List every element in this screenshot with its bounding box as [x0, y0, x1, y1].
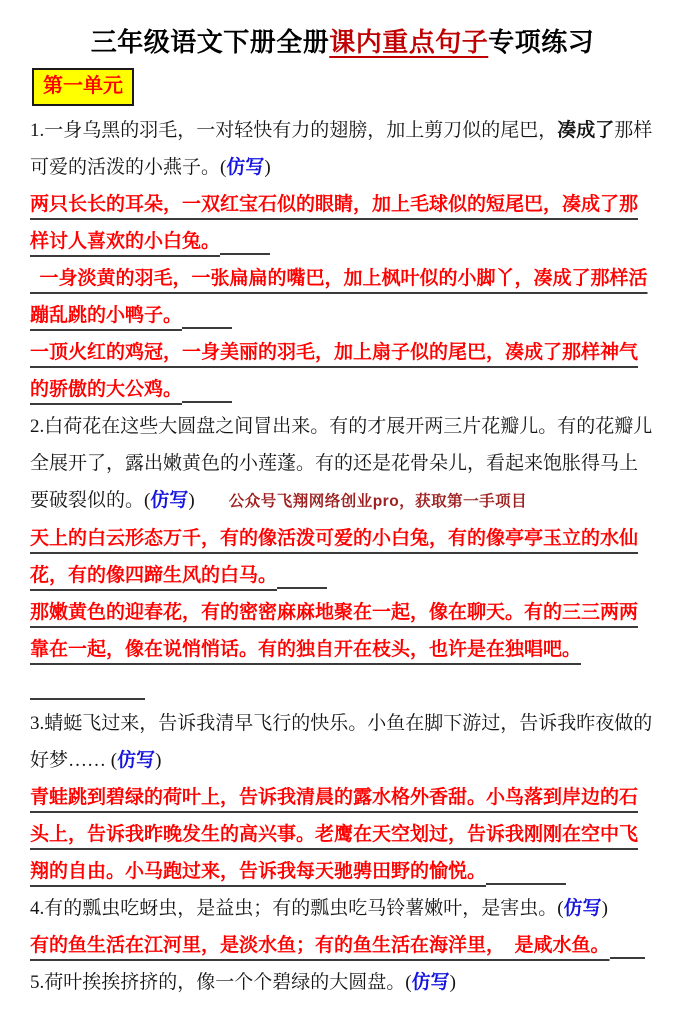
answer-2-1-text: 天上的白云形态万千，有的像活泼可爱的小白兔，有的像亭亭玉立的水仙花，有的像四蹄生… — [30, 528, 638, 586]
answer-underline-tail — [277, 587, 327, 589]
fangxie-label: 仿写 — [117, 750, 155, 771]
answer-2-1: 天上的白云形态万千，有的像活泼可爱的小白兔，有的像亭亭玉立的水仙花，有的像四蹄生… — [30, 520, 655, 594]
page-title: 三年级语文下册全册课内重点句子专项练习 — [30, 26, 655, 60]
answer-4-1: 有的鱼生活在江河里，是淡水鱼；有的鱼生活在海洋里， 是咸水鱼。 — [30, 927, 655, 964]
close-paren: ) — [264, 157, 270, 178]
unit-badge: 第一单元 — [32, 68, 134, 106]
title-highlight: 课内重点句子 — [329, 28, 488, 57]
answer-1-3-text: 一顶火红的鸡冠，一身美丽的羽毛，加上扇子似的尾巴，凑成了那样神气的骄傲的大公鸡。 — [30, 342, 638, 400]
answer-3-1: 青蛙跳到碧绿的荷叶上，告诉我清晨的露水格外香甜。小鸟落到岸边的石头上，告诉我昨晚… — [30, 779, 655, 890]
answer-underline-tail — [610, 957, 645, 959]
question-4-text: 4.有的瓢虫吃蚜虫，是益虫；有的瓢虫吃马铃薯嫩叶，是害虫。 — [30, 898, 557, 919]
question-5-text: 5.荷叶挨挨挤挤的，像一个个碧绿的大圆盘。 — [30, 972, 405, 993]
question-1: 1.一身乌黑的羽毛，一对轻快有力的翅膀，加上剪刀似的尾巴，凑成了那样可爱的活泼的… — [30, 112, 655, 186]
question-5: 5.荷叶挨挨挤挤的，像一个个碧绿的大圆盘。(仿写) — [30, 964, 655, 1001]
question-1-text: 1.一身乌黑的羽毛，一对轻快有力的翅膀，加上剪刀似的尾巴， — [30, 120, 557, 141]
question-3: 3.蜻蜓飞过来，告诉我清早飞行的快乐。小鱼在脚下游过，告诉我昨夜做的好梦…… (… — [30, 705, 655, 779]
answer-underline-tail — [182, 401, 232, 403]
fangxie-label: 仿写 — [226, 157, 264, 178]
fangxie-label: 仿写 — [412, 972, 450, 993]
answer-underline-tail — [30, 698, 145, 700]
close-paren: ) — [155, 750, 161, 771]
close-paren: ) — [188, 490, 194, 511]
answer-2-2-text: 那嫩黄色的迎春花，有的密密麻麻地聚在一起，像在聊天。有的三三两两靠在一起，像在说… — [30, 602, 638, 660]
worksheet-page: 三年级语文下册全册课内重点句子专项练习 第一单元 1.一身乌黑的羽毛，一对轻快有… — [0, 0, 685, 1019]
watermark: 公众号飞翔网络创业pro，获取第一手项目 — [229, 493, 527, 510]
close-paren: ) — [450, 972, 456, 993]
answer-underline-tail — [220, 253, 270, 255]
question-2: 2.白荷花在这些大圆盘之间冒出来。有的才展开两三片花瓣儿。有的花瓣儿全展开了，露… — [30, 408, 655, 520]
question-1-bold-text: 凑成了 — [557, 120, 614, 141]
fangxie-label: 仿写 — [564, 898, 602, 919]
question-4: 4.有的瓢虫吃蚜虫，是益虫；有的瓢虫吃马铃薯嫩叶，是害虫。(仿写) — [30, 890, 655, 927]
title-prefix: 三年级语文下册全册 — [91, 28, 330, 57]
fangxie-label: 仿写 — [150, 490, 188, 511]
answer-1-1: 两只长长的耳朵，一双红宝石似的眼睛，加上毛球似的短尾巴，凑成了那样讨人喜欢的小白… — [30, 186, 655, 260]
title-suffix: 专项练习 — [488, 28, 594, 57]
answer-2-2: 那嫩黄色的迎春花，有的密密麻麻地聚在一起，像在聊天。有的三三两两靠在一起，像在说… — [30, 594, 655, 705]
answer-1-3: 一顶火红的鸡冠，一身美丽的羽毛，加上扇子似的尾巴，凑成了那样神气的骄傲的大公鸡。 — [30, 334, 655, 408]
answer-underline-tail — [182, 327, 232, 329]
answer-underline-tail — [486, 883, 566, 885]
answer-3-1-text: 青蛙跳到碧绿的荷叶上，告诉我清晨的露水格外香甜。小鸟落到岸边的石头上，告诉我昨晚… — [30, 787, 638, 882]
answer-1-2: 一身淡黄的羽毛，一张扁扁的嘴巴，加上枫叶似的小脚丫，凑成了那样活蹦乱跳的小鸭子。 — [30, 260, 655, 334]
answer-4-1-text: 有的鱼生活在江河里，是淡水鱼；有的鱼生活在海洋里， 是咸水鱼。 — [30, 935, 610, 956]
answer-1-1-text: 两只长长的耳朵，一双红宝石似的眼睛，加上毛球似的短尾巴，凑成了那样讨人喜欢的小白… — [30, 194, 638, 252]
close-paren: ) — [602, 898, 608, 919]
answer-1-2-text: 一身淡黄的羽毛，一张扁扁的嘴巴，加上枫叶似的小脚丫，凑成了那样活蹦乱跳的小鸭子。 — [30, 268, 648, 326]
